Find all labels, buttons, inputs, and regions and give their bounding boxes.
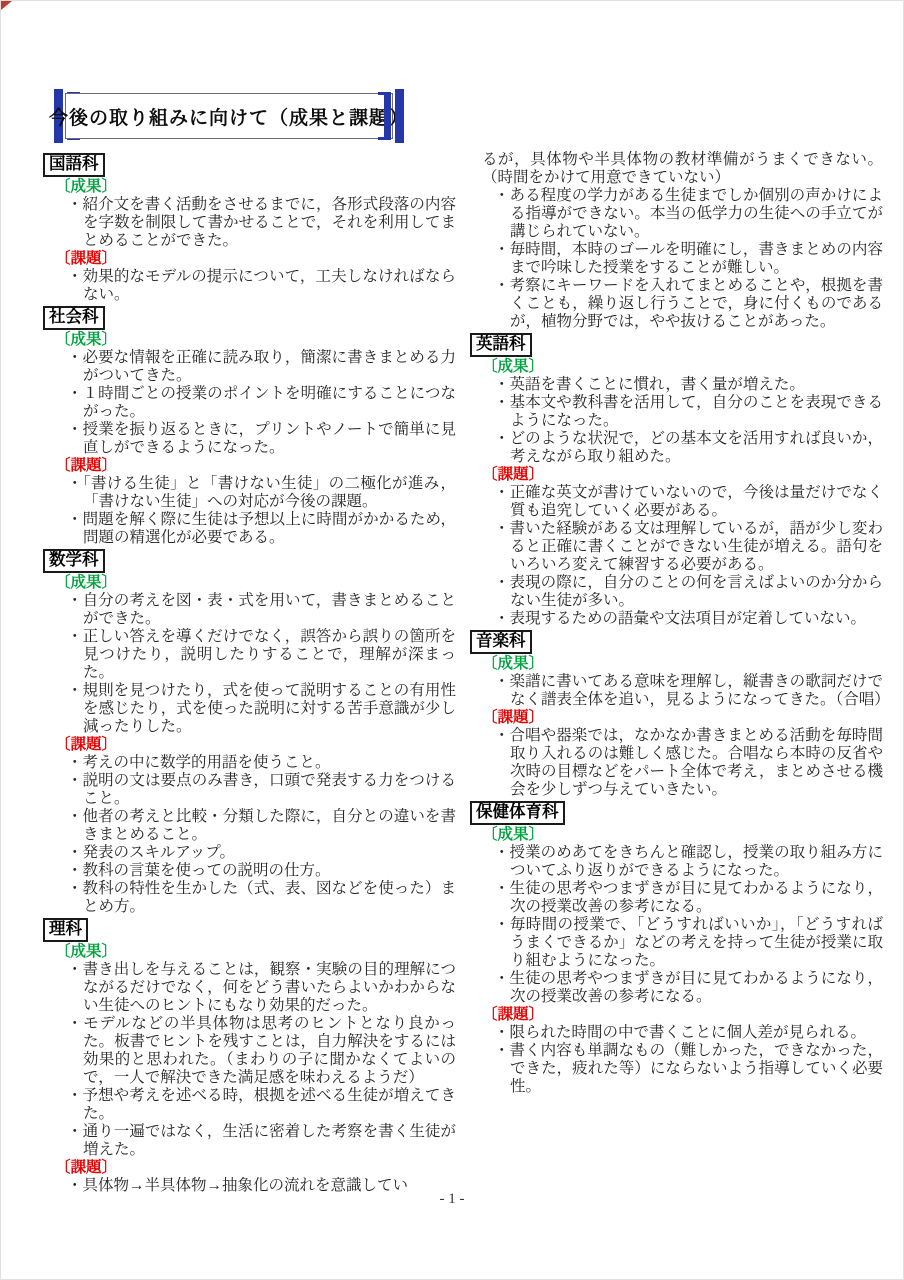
section-heading: 音楽科 <box>470 630 532 654</box>
result-label: 〔成果〕 <box>55 331 456 349</box>
title-box: 今後の取り組みに向けて（成果と課題） <box>65 93 393 139</box>
scan-corner-artifact <box>1 1 12 10</box>
page-number: - 1 - <box>1 1191 903 1208</box>
right-column: るが，具体物や半具体物の教材準備がうまくできない。（時間をかけて用意できていない… <box>470 151 883 1096</box>
list-item: ・効果的なモデルの提示について，工夫しなければならない。 <box>67 268 456 304</box>
list-item: ・通り一遍ではなく，生活に密着した考察を書く生徒が増えた。 <box>67 1123 456 1159</box>
list-item: ・英語を書くことに慣れ，書く量が増えた。 <box>494 376 883 394</box>
page-title: 今後の取り組みに向けて（成果と課題） <box>49 103 409 130</box>
section-heading: 社会科 <box>43 306 105 330</box>
list-item: ・毎時間，本時のゴールを明確にし，書きまとめの内容まで吟味した授業をすることが難… <box>494 241 883 277</box>
list-item: ・合唱や器楽では，なかなか書きまとめる活動を毎時間取り入れるのは難しく感じた。合… <box>494 727 883 799</box>
list-item: ・基本文や教科書を活用して，自分のことを表現できるようになった。 <box>494 394 883 430</box>
list-item: ・生徒の思考やつまずきが目に見てわかるようになり，次の授業改善の参考になる。 <box>494 880 883 916</box>
list-item: ・正しい答えを導くだけでなく，誤答から誤りの箇所を見つけたり，説明したりすること… <box>67 628 456 682</box>
list-item: ・表現の際に，自分のことの何を言えばよいのか分からない生徒が多い。 <box>494 574 883 610</box>
list-item: ・書く内容も単調なもの（難しかった，できなかった，できた，疲れた等）にならないよ… <box>494 1042 883 1096</box>
issue-label: 〔課題〕 <box>55 250 456 268</box>
issue-label: 〔課題〕 <box>482 466 883 484</box>
list-item: ・書き出しを与えることは，観察・実験の目的理解につながるだけでなく，何をどう書い… <box>67 961 456 1015</box>
section-heading: 数学科 <box>43 549 105 573</box>
list-item: ・予想や考えを述べる時，根拠を述べる生徒が増えてきた。 <box>67 1087 456 1123</box>
list-item: ・授業のめあてをきちんと確認し，授業の取り組み方についてふり返りができるようにな… <box>494 844 883 880</box>
title-banner: 今後の取り組みに向けて（成果と課題） <box>56 89 402 143</box>
list-item: ・１時間ごとの授業のポイントを明確にすることにつながった。 <box>67 385 456 421</box>
list-item: ・問題を解く際に生徒は予想以上に時間がかかるため，問題の精選化が必要である。 <box>67 511 456 547</box>
left-column: 国語科〔成果〕・紹介文を書く活動をさせるまでに，各形式段落の内容を字数を制限して… <box>43 151 456 1195</box>
list-item: ・教科の特性を生かした（式、表、図などを使った）まとめ方。 <box>67 880 456 916</box>
list-item: ・どのような状況で，どの基本文を活用すれば良いか，考えながら取り組めた。 <box>494 430 883 466</box>
issue-label: 〔課題〕 <box>482 709 883 727</box>
list-item: ・正確な英文が書けていないので，今後は量だけでなく質も追究していく必要がある。 <box>494 484 883 520</box>
list-item: ・ある程度の学力がある生徒までしか個別の声かけによる指導ができない。本当の低学力… <box>494 187 883 241</box>
result-label: 〔成果〕 <box>482 358 883 376</box>
list-item: ・「書ける生徒」と「書けない生徒」の二極化が進み，「書けない生徒」への対応が今後… <box>67 475 456 511</box>
list-item: ・紹介文を書く活動をさせるまでに，各形式段落の内容を字数を制限して書かせることで… <box>67 196 456 250</box>
list-item: ・毎時間の授業で、「どうすればいいか」，「どうすればうまくできるか」などの考えを… <box>494 916 883 970</box>
list-item: ・考えの中に数学的用語を使うこと。 <box>67 754 456 772</box>
list-item: ・他者の考えと比較・分類した際に，自分との違いを書きまとめること。 <box>67 808 456 844</box>
result-label: 〔成果〕 <box>482 655 883 673</box>
list-item: ・楽譜に書いてある意味を理解し，縦書きの歌詞だけでなく譜表全体を追い，見るように… <box>494 673 883 709</box>
issue-label: 〔課題〕 <box>55 1159 456 1177</box>
section-heading: 保健体育科 <box>470 801 565 825</box>
issue-label: 〔課題〕 <box>55 736 456 754</box>
list-item: ・限られた時間の中で書くことに個人差が見られる。 <box>494 1024 883 1042</box>
list-item: ・モデルなどの半具体物は思考のヒントとなり良かった。板書でヒントを残すことは，自… <box>67 1015 456 1087</box>
list-item: ・生徒の思考やつまずきが目に見てわかるようになり，次の授業改善の参考になる。 <box>494 970 883 1006</box>
result-label: 〔成果〕 <box>482 826 883 844</box>
section-heading: 英語科 <box>470 333 532 357</box>
result-label: 〔成果〕 <box>55 943 456 961</box>
list-item: ・自分の考えを図・表・式を用いて，書きまとめることができた。 <box>67 592 456 628</box>
list-item: ・必要な情報を正確に読み取り，簡潔に書きまとめる力がついてきた。 <box>67 349 456 385</box>
list-item: ・考察にキーワードを入れてまとめることや，根拠を書くことも，繰り返し行うことで，… <box>494 277 883 331</box>
list-item: ・表現するための語彙や文法項目が定着していない。 <box>494 610 883 628</box>
list-item: ・説明の文は要点のみ書き，口頭で発表する力をつけること。 <box>67 772 456 808</box>
list-item: ・規則を見つけたり，式を使って説明することの有用性を感じたり，式を使った説明に対… <box>67 682 456 736</box>
section-heading: 国語科 <box>43 153 105 177</box>
list-item: ・発表のスキルアップ。 <box>67 844 456 862</box>
issue-label: 〔課題〕 <box>482 1006 883 1024</box>
list-item: ・教科の言葉を使っての説明の仕方。 <box>67 862 456 880</box>
result-label: 〔成果〕 <box>55 574 456 592</box>
result-label: 〔成果〕 <box>55 178 456 196</box>
issue-label: 〔課題〕 <box>55 457 456 475</box>
banner-ornament-right <box>378 89 404 143</box>
list-item: ・授業を振り返るときに，プリントやノートで簡単に見直しができるようになった。 <box>67 421 456 457</box>
two-column-body: 国語科〔成果〕・紹介文を書く活動をさせるまでに，各形式段落の内容を字数を制限して… <box>43 151 883 1195</box>
list-item: ・書いた経験がある文は理解しているが，語が少し変わると正確に書くことができない生… <box>494 520 883 574</box>
list-item-continuation: るが，具体物や半具体物の教材準備がうまくできない。（時間をかけて用意できていない… <box>482 151 883 187</box>
section-heading: 理科 <box>43 918 88 942</box>
document-page: 今後の取り組みに向けて（成果と課題） 国語科〔成果〕・紹介文を書く活動をさせるま… <box>0 0 904 1280</box>
